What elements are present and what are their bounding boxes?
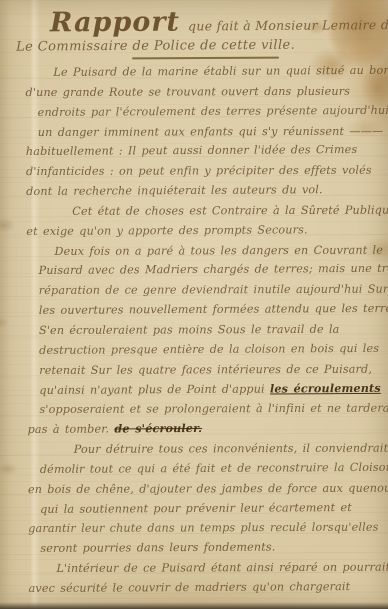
title-underline-rule — [132, 57, 279, 60]
handwritten-text: réparation de ce genre deviendrait inuti… — [39, 283, 388, 297]
handwritten-text: s'opposeraient et se prolongeraient à l'… — [39, 402, 388, 416]
handwritten-text: dont la recherche inquiéterait les auteu… — [26, 183, 323, 198]
manuscript-line: en bois de chêne, d'ajouter des jambes d… — [1, 478, 388, 499]
manuscript-line: qu'ainsi n'ayant plus de Point d'appui l… — [0, 378, 388, 400]
handwritten-text: qu'ainsi n'ayant plus de Point d'appui — [39, 382, 270, 396]
manuscript-line: Puisard avec des Madriers chargés de ter… — [0, 259, 388, 281]
handwritten-text: destruction presque entière de la cloiso… — [39, 342, 379, 357]
title-line2: Le Commissaire de Police de cette ville. — [16, 37, 388, 55]
title-word-rapport: Rapport — [50, 7, 180, 39]
handwritten-text: L'intérieur de ce Puisard étant ainsi ré… — [56, 561, 388, 575]
manuscript-line: pas à tomber. de s'écrouler. — [1, 418, 388, 440]
handwritten-text: qui la soutiennent pour prévenir leur éc… — [40, 501, 352, 516]
handwritten-text: Pour détruire tous ces inconvénients, il… — [74, 442, 388, 456]
manuscript-line: S'en écrouleraient pas moins Sous le tra… — [0, 320, 388, 341]
manuscript-line: Deux fois on a paré à tous les dangers e… — [0, 240, 388, 261]
handwritten-text: habituellement : Il peut aussi donner l'… — [26, 143, 357, 158]
handwritten-text: d'infanticides : on peut enfin y précipi… — [26, 164, 372, 178]
manuscript-body: Le Puisard de la marine établi sur un qu… — [0, 61, 388, 602]
manuscript-page: Rapport que fait à Monsieur Lemaire de q… — [0, 0, 388, 609]
manuscript-line: qui la soutiennent pour prévenir leur éc… — [1, 497, 388, 519]
handwritten-text: pas à tomber. — [28, 423, 115, 437]
handwritten-text: Le Puisard de la marine établi sur un qu… — [53, 64, 388, 79]
manuscript-line: les ouvertures nouvellement formées atte… — [0, 299, 388, 321]
handwritten-text: Cet état de choses est Contraire à la Sû… — [72, 203, 388, 217]
struck-out-words: de s'écrouler. — [114, 421, 202, 436]
handwritten-text: avec sécurité le couvrir de madriers qu'… — [29, 580, 351, 595]
handwritten-text: endroits par l'écroulement des terres pr… — [38, 103, 388, 118]
manuscript-line: dont la recherche inquiéterait les auteu… — [0, 180, 387, 202]
inserted-correction: les écroulements — [270, 380, 381, 395]
handwritten-text: seront pourries dans leurs fondements. — [40, 541, 275, 555]
manuscript-line: destruction presque entière de la cloiso… — [0, 339, 388, 361]
manuscript-line: Cet état de choses est Contraire à la Sû… — [0, 201, 387, 222]
manuscript-title: Rapport que fait à Monsieur Lemaire de q… — [50, 5, 388, 55]
manuscript-line: s'opposeraient et se prolongeraient à l'… — [0, 399, 388, 420]
manuscript-line: un danger imminent aux enfants qui s'y r… — [0, 121, 387, 142]
scan-bottom-edge — [0, 602, 388, 609]
manuscript-line: réparation de ce genre deviendrait inuti… — [0, 280, 388, 301]
manuscript-line: et exige qu'on y apporte des prompts Sec… — [0, 220, 387, 242]
manuscript-line: d'une grande Route se trouvant ouvert da… — [0, 81, 387, 102]
manuscript-line: habituellement : Il peut aussi donner l'… — [0, 140, 387, 162]
handwritten-text: en bois de chêne, d'ajouter des jambes d… — [28, 481, 388, 496]
title-addressee: que fait à Monsieur Lemaire de quimper — [188, 17, 388, 34]
manuscript-line: seront pourries dans leurs fondements. — [1, 537, 388, 559]
handwritten-text: garantir leur chute dans un temps plus r… — [28, 521, 378, 535]
handwritten-text: retenait Sur les quatre faces intérieure… — [39, 362, 372, 376]
handwritten-text: démolir tout ce qui a été fait et de rec… — [40, 461, 388, 476]
manuscript-line: retenait Sur les quatre faces intérieure… — [0, 359, 388, 380]
handwritten-text: et exige qu'on y apporte des prompts Sec… — [26, 223, 307, 238]
handwritten-text: S'en écrouleraient pas moins Sous le tra… — [39, 323, 340, 337]
handwritten-text: d'une grande Route se trouvant ouvert da… — [26, 85, 351, 99]
title-line1: Rapport que fait à Monsieur Lemaire de q… — [50, 5, 388, 39]
manuscript-line: avec sécurité le couvrir de madriers qu'… — [2, 577, 388, 599]
handwritten-text: les ouvertures nouvellement formées atte… — [39, 302, 388, 317]
manuscript-line: démolir tout ce qui a été fait et de rec… — [1, 458, 388, 480]
handwritten-text: Deux fois on a paré à tous les dangers e… — [54, 243, 383, 257]
manuscript-line: endroits par l'écroulement des terres pr… — [0, 101, 387, 123]
manuscript-line: garantir leur chute dans un temps plus r… — [1, 518, 388, 539]
manuscript-line: L'intérieur de ce Puisard étant ainsi ré… — [1, 558, 388, 579]
manuscript-line: d'infanticides : on peut enfin y précipi… — [0, 161, 387, 182]
handwritten-text: Puisard avec des Madriers chargés de ter… — [39, 262, 388, 277]
manuscript-line: Le Puisard de la marine établi sur un qu… — [0, 61, 386, 83]
handwritten-text: un danger imminent aux enfants qui s'y r… — [38, 124, 384, 138]
manuscript-line: Pour détruire tous ces inconvénients, il… — [1, 439, 388, 460]
